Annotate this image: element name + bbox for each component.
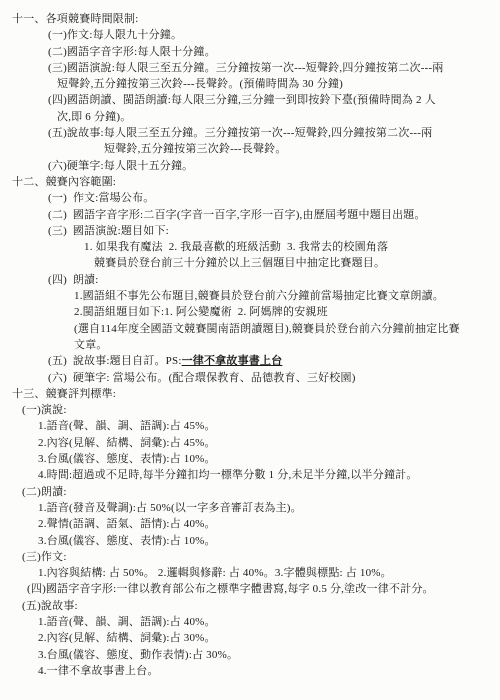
doc-line: (五) 說故事:題目自訂。PS:一律不拿故事書上台: [48, 353, 500, 369]
text-segment: (選自114年度全國語文競賽閩南語朗讀題目),競賽員於登台前六分鐘前抽定比賽: [74, 323, 460, 335]
section-11-time-limits: 十一、各項競賽時間限制:(一)作文:每人限九十分鐘。(二)國語字音字形:每人限十…: [0, 11, 500, 174]
doc-line: 3.台風(儀容、態度、動作表情):占 30%。: [38, 647, 500, 663]
text-segment: 3.台風(儀容、態度、表情):占 10%。: [38, 535, 216, 547]
text-segment: (六) 硬筆字: 當場公布。(配合環保教育、品德教育、三好校園): [48, 372, 356, 384]
text-segment: 十三、競賽評判標準:: [12, 388, 116, 400]
text-segment: 4.時間:超過或不足時,每半分鐘扣均一標準分數 1 分,未足半分鐘,以半分鐘計。: [38, 469, 418, 481]
section-heading: 十三、競賽評判標準:: [12, 386, 500, 402]
doc-line: 4.一律不拿故事書上台。: [38, 663, 500, 679]
doc-line: 2.內容(見解、結構、詞彙):占 30%。: [38, 630, 500, 646]
text-segment: 3.台風(儀容、態度、表情):占 10%。: [38, 453, 216, 465]
doc-line: 3.台風(儀容、態度、表情):占 10%。: [38, 451, 500, 467]
doc-line: 1.國語組不事先公布題目,競賽員於登台前六分鐘前當場抽定比賽文章朗讀。: [74, 288, 500, 304]
doc-line: 文章。: [74, 337, 500, 353]
text-segment: 2.閩語組題目如下:1. 阿公變魔術 2. 阿媽牌的安親班: [74, 306, 328, 318]
doc-line: 1.語音(聲、韻、調、語調):占 40%。: [38, 614, 500, 630]
text-segment: 競賽員於登台前三十分鐘於以上三個題目中抽定比賽題目。: [94, 257, 385, 269]
section-heading: 十二、競賽內容範圍:: [12, 174, 500, 190]
doc-line: (四)國語字音字形:一律以教育部公布之標準字體書寫,每字 0.5 分,塗改一律不…: [27, 581, 500, 597]
doc-line: (四) 朗讀:: [48, 272, 500, 288]
section-12-content-scope: 十二、競賽內容範圍:(一) 作文:當場公布。(二) 國語字音字形:二百字(字音一…: [0, 174, 500, 386]
text-segment: (五)說故事:每人限三至五分鐘。三分鐘按第一次---短聲鈴,四分鐘按第二次---…: [48, 127, 432, 139]
text-segment: (一) 作文:當場公布。: [48, 192, 154, 204]
text-segment: (六)硬筆字:每人限十五分鐘。: [48, 160, 193, 172]
doc-line: (六)硬筆字:每人限十五分鐘。: [48, 158, 500, 174]
text-segment: (五)說故事:: [22, 600, 78, 612]
doc-line: 2.聲情(語調、語氣、語情):占 40%。: [38, 516, 500, 532]
doc-line: (五)說故事:每人限三至五分鐘。三分鐘按第一次---短聲鈴,四分鐘按第二次---…: [48, 125, 500, 141]
doc-line: (二)朗讀:: [22, 484, 500, 500]
text-segment: 1.語音(發音及聲調):占 50%(以一字多音審訂表為主)。: [38, 502, 302, 514]
text-segment: (三)國語演說:每人限三至五分鐘。三分鐘按第一次---短聲鈴,四分鐘按第二次--…: [48, 62, 444, 74]
doc-line: (選自114年度全國語文競賽閩南語朗讀題目),競賽員於登台前六分鐘前抽定比賽: [74, 321, 500, 337]
text-segment: 短聲鈴,五分鐘按第三次鈴---長聲鈴。: [104, 143, 287, 155]
doc-line: 次,即 6 分鐘)。: [57, 109, 500, 125]
text-segment: 十二、競賽內容範圍:: [12, 176, 116, 188]
text-segment: 2.內容(見解、結構、詞彙):占 30%。: [38, 632, 216, 644]
doc-line: (三)作文:: [22, 549, 500, 565]
doc-line: 競賽員於登台前三十分鐘於以上三個題目中抽定比賽題目。: [94, 255, 500, 271]
text-segment: 短聲鈴,五分鐘按第三次鈴---長聲鈴。(預備時間為 30 分鐘): [57, 78, 343, 90]
doc-line: (三)國語演說:每人限三至五分鐘。三分鐘按第一次---短聲鈴,四分鐘按第二次--…: [48, 60, 500, 76]
doc-line: (四)國語朗讀、閩語朗讀:每人限三分鐘,三分鐘一到即按鈴下臺(預備時間為 2 人: [48, 92, 500, 108]
section-13-judging-criteria: 十三、競賽評判標準:(一)演說:1.語音(聲、韻、調、語調):占 45%。2.內…: [0, 386, 500, 679]
text-segment: (四)國語朗讀、閩語朗讀:每人限三分鐘,三分鐘一到即按鈴下臺(預備時間為 2 人: [48, 94, 436, 106]
doc-line: 4.時間:超過或不足時,每半分鐘扣均一標準分數 1 分,未足半分鐘,以半分鐘計。: [38, 467, 500, 483]
doc-line: 1. 如果我有魔法 2. 我最喜歡的班級活動 3. 我常去的校園角落: [84, 239, 500, 255]
text-segment: 1. 如果我有魔法 2. 我最喜歡的班級活動 3. 我常去的校園角落: [84, 241, 388, 253]
doc-line: 2.閩語組題目如下:1. 阿公變魔術 2. 阿媽牌的安親班: [74, 304, 500, 320]
text-segment: (四) 朗讀:: [48, 274, 98, 286]
doc-line: (六) 硬筆字: 當場公布。(配合環保教育、品德教育、三好校園): [48, 370, 500, 386]
text-segment: (三) 國語演說:題目如下:: [48, 225, 169, 237]
doc-line: (五)說故事:: [22, 598, 500, 614]
doc-line: (一)作文:每人限九十分鐘。: [48, 27, 500, 43]
doc-line: 短聲鈴,五分鐘按第三次鈴---長聲鈴。: [104, 141, 500, 157]
text-segment: 十一、各項競賽時間限制:: [12, 13, 138, 25]
text-segment: 3.台風(儀容、態度、動作表情):占 30%。: [38, 649, 238, 661]
doc-line: (一)演說:: [22, 402, 500, 418]
text-segment: 1.內容與結構: 占 50%。 2.邏輯與修辭: 占 40%。3.字體與標點: …: [38, 567, 392, 579]
doc-line: 1.語音(發音及聲調):占 50%(以一字多音審訂表為主)。: [38, 500, 500, 516]
document-page: 十一、各項競賽時間限制:(一)作文:每人限九十分鐘。(二)國語字音字形:每人限十…: [0, 0, 500, 700]
text-segment: (五) 說故事:題目自訂。PS:: [48, 355, 182, 367]
text-segment: (三)作文:: [22, 551, 67, 563]
text-segment: (一)作文:每人限九十分鐘。: [48, 29, 182, 41]
text-segment: (二) 國語字音字形:二百字(字音一百字,字形一百字),由歷屆考題中題目出題。: [48, 209, 426, 221]
text-segment: 1.國語組不事先公布題目,競賽員於登台前六分鐘前當場抽定比賽文章朗讀。: [74, 290, 444, 302]
text-segment: 2.聲情(語調、語氣、語情):占 40%。: [38, 518, 216, 530]
doc-line: 3.台風(儀容、態度、表情):占 10%。: [38, 533, 500, 549]
emphasized-underlined-text: 一律不拿故事書上台: [182, 355, 283, 367]
section-heading: 十一、各項競賽時間限制:: [12, 11, 500, 27]
text-segment: (一)演說:: [22, 404, 67, 416]
doc-line: 1.語音(聲、韻、調、語調):占 45%。: [38, 418, 500, 434]
doc-line: (三) 國語演說:題目如下:: [48, 223, 500, 239]
text-segment: 4.一律不拿故事書上台。: [38, 665, 159, 677]
text-segment: (四)國語字音字形:一律以教育部公布之標準字體書寫,每字 0.5 分,塗改一律不…: [27, 583, 434, 595]
doc-line: 短聲鈴,五分鐘按第三次鈴---長聲鈴。(預備時間為 30 分鐘): [57, 76, 500, 92]
doc-line: (一) 作文:當場公布。: [48, 190, 500, 206]
text-segment: 次,即 6 分鐘)。: [57, 111, 131, 123]
text-segment: (二)國語字音字形:每人限十分鐘。: [48, 46, 216, 58]
text-segment: 文章。: [74, 339, 108, 351]
doc-line: 2.內容(見解、結構、詞彙):占 45%。: [38, 435, 500, 451]
doc-line: (二) 國語字音字形:二百字(字音一百字,字形一百字),由歷屆考題中題目出題。: [48, 207, 500, 223]
text-segment: 1.語音(聲、韻、調、語調):占 40%。: [38, 616, 216, 628]
text-segment: 2.內容(見解、結構、詞彙):占 45%。: [38, 437, 216, 449]
text-segment: 1.語音(聲、韻、調、語調):占 45%。: [38, 420, 216, 432]
doc-line: 1.內容與結構: 占 50%。 2.邏輯與修辭: 占 40%。3.字體與標點: …: [38, 565, 500, 581]
doc-line: (二)國語字音字形:每人限十分鐘。: [48, 44, 500, 60]
text-segment: (二)朗讀:: [22, 486, 67, 498]
